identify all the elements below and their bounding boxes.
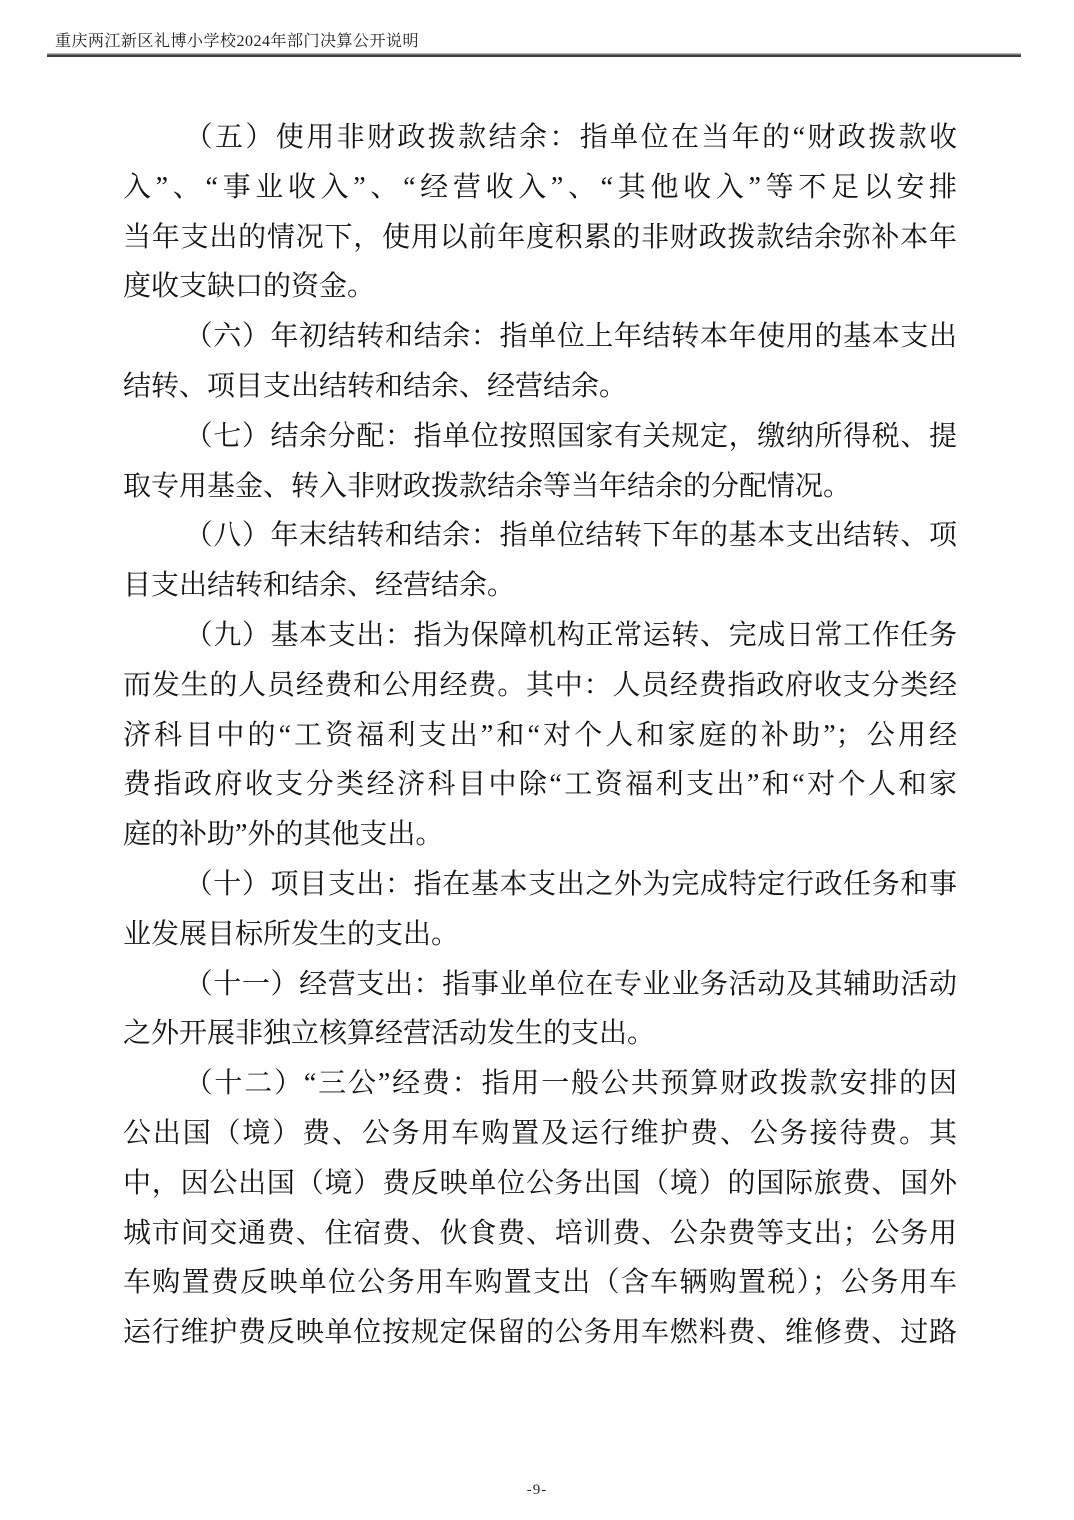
text-line: 车购置费反映单位公务用车购置支出（含车辆购置税）；公务用车 bbox=[123, 1258, 957, 1308]
text-line: 济科目中的“工资福利支出”和“对个人和家庭的补助”；公用经 bbox=[123, 711, 957, 761]
paragraph: （六）年初结转和结余：指单位上年结转本年使用的基本支出结转、项目支出结转和结余、… bbox=[123, 312, 957, 412]
text-line: 而发生的人员经费和公用经费。其中：人员经费指政府收支分类经 bbox=[123, 661, 957, 711]
text-line: （十二）“三公”经费：指用一般公共预算财政拨款安排的因 bbox=[123, 1059, 957, 1109]
text-line: 中，因公出国（境）费反映单位公务出国（境）的国际旅费、国外 bbox=[123, 1159, 957, 1209]
text-line: 结转、项目支出结转和结余、经营结余。 bbox=[123, 362, 957, 412]
text-line: 入”、“事业收入”、“经营收入”、“其他收入”等不足以安排 bbox=[123, 163, 957, 213]
text-line: 费指政府收支分类经济科目中除“工资福利支出”和“对个人和家 bbox=[123, 760, 957, 810]
paragraph: （九）基本支出：指为保障机构正常运转、完成日常工作任务而发生的人员经费和公用经费… bbox=[123, 611, 957, 860]
paragraph: （五）使用非财政拨款结余：指单位在当年的“财政拨款收入”、“事业收入”、“经营收… bbox=[123, 113, 957, 312]
paragraph: （十一）经营支出：指事业单位在专业业务活动及其辅助活动之外开展非独立核算经营活动… bbox=[123, 960, 957, 1060]
text-line: （七）结余分配：指单位按照国家有关规定，缴纳所得税、提 bbox=[123, 412, 957, 462]
paragraph: （七）结余分配：指单位按照国家有关规定，缴纳所得税、提取专用基金、转入非财政拨款… bbox=[123, 412, 957, 512]
text-line: 公出国（境）费、公务用车购置及运行维护费、公务接待费。其 bbox=[123, 1109, 957, 1159]
document-body: （五）使用非财政拨款结余：指单位在当年的“财政拨款收入”、“事业收入”、“经营收… bbox=[123, 113, 957, 1358]
page-number: -9- bbox=[0, 1482, 1074, 1499]
text-line: （十一）经营支出：指事业单位在专业业务活动及其辅助活动 bbox=[123, 960, 957, 1010]
text-line: 之外开展非独立核算经营活动发生的支出。 bbox=[123, 1009, 957, 1059]
text-line: （五）使用非财政拨款结余：指单位在当年的“财政拨款收 bbox=[123, 113, 957, 163]
text-line: （九）基本支出：指为保障机构正常运转、完成日常工作任务 bbox=[123, 611, 957, 661]
text-line: 运行维护费反映单位按规定保留的公务用车燃料费、维修费、过路 bbox=[123, 1308, 957, 1358]
text-line: 取专用基金、转入非财政拨款结余等当年结余的分配情况。 bbox=[123, 462, 957, 512]
text-line: 庭的补助”外的其他支出。 bbox=[123, 810, 957, 860]
page-header-title: 重庆两江新区礼博小学校2024年部门决算公开说明 bbox=[55, 28, 419, 51]
document-page: 重庆两江新区礼博小学校2024年部门决算公开说明 （五）使用非财政拨款结余：指单… bbox=[0, 0, 1074, 1520]
paragraph: （十二）“三公”经费：指用一般公共预算财政拨款安排的因公出国（境）费、公务用车购… bbox=[123, 1059, 957, 1358]
text-line: 业发展目标所发生的支出。 bbox=[123, 910, 957, 960]
text-line: 目支出结转和结余、经营结余。 bbox=[123, 561, 957, 611]
text-line: 当年支出的情况下，使用以前年度积累的非财政拨款结余弥补本年 bbox=[123, 213, 957, 263]
paragraph: （八）年末结转和结余：指单位结转下年的基本支出结转、项目支出结转和结余、经营结余… bbox=[123, 511, 957, 611]
paragraph: （十）项目支出：指在基本支出之外为完成特定行政任务和事业发展目标所发生的支出。 bbox=[123, 860, 957, 960]
text-line: （六）年初结转和结余：指单位上年结转本年使用的基本支出 bbox=[123, 312, 957, 362]
text-line: （十）项目支出：指在基本支出之外为完成特定行政任务和事 bbox=[123, 860, 957, 910]
header-divider-rule bbox=[47, 53, 1021, 57]
text-line: 度收支缺口的资金。 bbox=[123, 262, 957, 312]
text-line: （八）年末结转和结余：指单位结转下年的基本支出结转、项 bbox=[123, 511, 957, 561]
text-line: 城市间交通费、住宿费、伙食费、培训费、公杂费等支出；公务用 bbox=[123, 1209, 957, 1259]
